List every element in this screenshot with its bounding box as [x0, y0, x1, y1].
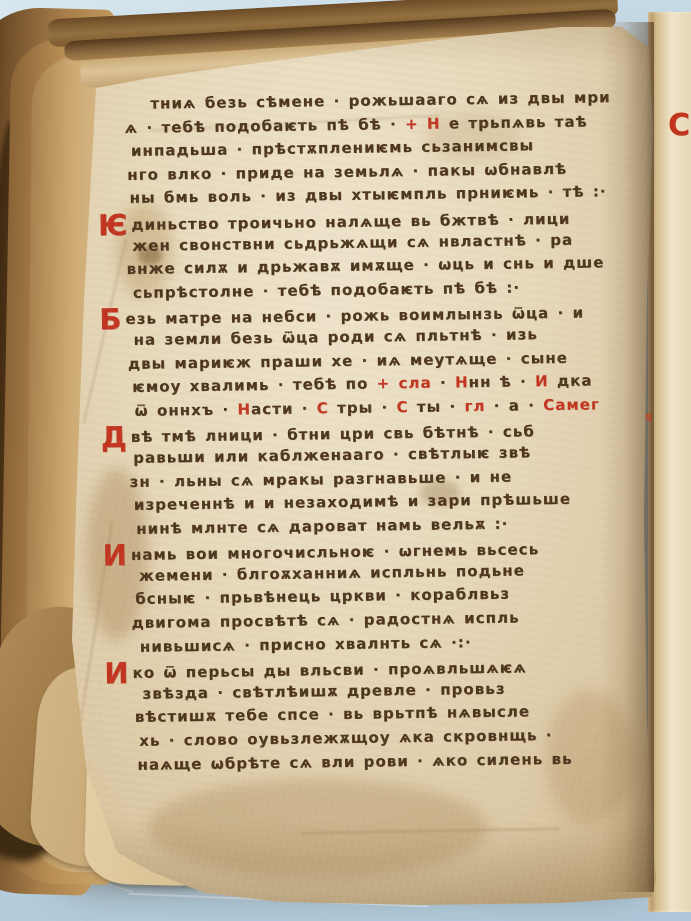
text-line: ны бмь воль · из двы хтыѥмпль прниѥмь · … — [129, 180, 671, 211]
text-segment: е трьпѧвь таѣ — [440, 112, 587, 132]
text-segment: на земли безь ѿца роди сѧ пльтнѣ · изь — [133, 325, 538, 349]
photograph-of-manuscript: { "palette":{"background":"#bdd3e0","par… — [0, 0, 691, 921]
text-segment: нго влко · приде на земьлѧ · пакы ѡбнавл… — [127, 160, 567, 184]
text-segment: звѣзда · свѣтлѣишѫ древле · провьз — [142, 680, 505, 703]
text-line: нго влко · приде на земьлѧ · пакы ѡбнавл… — [127, 156, 671, 187]
text-line: двигома просвѣтѣ сѧ · радостнѧ испль — [131, 604, 677, 635]
text-segment: · — [432, 374, 456, 392]
text-line: инпадьша · прѣстѫплениѥмь сьзанимсвы — [131, 133, 671, 164]
text-segment: ѿ оннхъ · — [134, 400, 237, 419]
text-segment: асти · — [251, 399, 317, 418]
text-segment: · а · — [485, 396, 543, 415]
text-line: хь · слово оувьзлежѫщоу ѧка скровнщь · — [139, 722, 679, 753]
manuscript-page: тниѧ безь сѣмене · рожьшааго сѧ из двы м… — [0, 0, 691, 921]
text-line: Двѣ тмѣ лници · бтни цри свь бѣтнѣ · сьб — [101, 416, 675, 448]
parchment-crease — [83, 238, 128, 424]
text-segment: нивьшисѧ · присно хвалнть сѧ ·:· — [140, 633, 472, 656]
illuminated-initial: И — [104, 656, 130, 690]
text-segment: + сла — [377, 374, 432, 393]
text-segment: бсныѥ · прьвѣнець цркви · кораблвьз — [135, 585, 510, 608]
text-segment: тниѧ безь сѣмене · рожьшааго сѧ из двы м… — [150, 88, 611, 112]
parchment-crease — [150, 114, 440, 131]
text-segment: сьпрѣстолне · тебѣ подобаѥть пѣ бѣ :· — [133, 278, 520, 301]
parchment-stain — [424, 112, 520, 162]
text-line: на земли безь ѿца роди сѧ пльтнѣ · изь — [133, 321, 673, 352]
text-line: зн · льны сѧ мракы разгнавьше · и не — [129, 463, 675, 494]
text-line: Ѥдиньство троичьно налѧще вь бжтвѣ · лиц… — [98, 203, 672, 235]
text-line: сьпрѣстолне · тебѣ подобаѥть пѣ бѣ :· — [133, 274, 673, 305]
text-line: жемени · блгоѫханниѧ испльнь подьне — [139, 557, 677, 588]
text-line: Инамь вои многочисльноѥ · ѡгнемь вьсесь — [102, 534, 676, 566]
parchment-stain — [116, 202, 172, 298]
text-line: нинѣ млнте сѧ дароват намь вельѫ :· — [136, 510, 676, 541]
text-line: ѥмоу хвалимь · тебѣ по + сла · Ннн ѣ · И… — [132, 368, 674, 399]
text-line: ѧ · тебѣ подобаѥть пѣ бѣ · + Н е трьпѧвь… — [124, 109, 670, 140]
text-segment: ны бмь воль · из двы хтыѥмпль прниѥмь · … — [129, 183, 606, 208]
text-segment: ѧ · тебѣ подобаѥть пѣ бѣ · — [124, 115, 405, 137]
text-line: ѿ оннхъ · Насти · С тры · С ты · гл · а … — [134, 392, 674, 423]
text-segment: диньство троичьно налѧще вь бжтвѣ · лици — [131, 210, 570, 234]
text-line: нивьшисѧ · присно хвалнть сѧ ·:· — [140, 628, 678, 659]
margin-red-mark: ѕ — [644, 410, 653, 426]
text-segment: ты · — [408, 397, 464, 416]
text-segment: равьши или каблженааго · свѣтлыѥ звѣ — [133, 443, 531, 467]
text-segment: Самег — [543, 395, 600, 414]
text-segment: гл — [464, 397, 485, 415]
text-line: изреченнѣ и и незаходимѣ и зари прѣшьше — [134, 486, 676, 517]
parchment-spot — [420, 480, 460, 506]
text-segment: тры · — [329, 398, 397, 417]
text-segment: намь вои многочисльноѥ · ѡгнемь вьсесь — [131, 541, 540, 565]
text-segment: Н — [237, 400, 251, 418]
text-line: равьши или каблженааго · свѣтлыѥ звѣ — [133, 439, 675, 470]
parchment-stain — [148, 778, 488, 878]
illuminated-initial: И — [102, 538, 128, 572]
text-segment: Н — [455, 373, 469, 391]
text-line: вѣстишѫ тебе спсе · вь врьтпѣ нѧвысле — [135, 699, 679, 730]
text-segment: дка — [549, 372, 593, 391]
text-segment: + Н — [405, 114, 441, 132]
illuminated-initial: Ѥ — [98, 208, 129, 242]
text-line: внже силѫ и дрьжавѫ имѫще · ѡць и снь и … — [126, 251, 672, 282]
facing-page-sliver: С — [648, 12, 691, 912]
text-segment: ѥмоу хвалимь · тебѣ по — [132, 375, 377, 396]
text-segment: И — [535, 372, 549, 390]
text-segment: двы мариѥж праши хе · иѧ меутѧще · сыне — [128, 348, 568, 372]
text-segment: зн · льны сѧ мракы разгнавьше · и не — [129, 467, 512, 490]
text-line: наѧще ѡбрѣте сѧ вли рови · ѧко силень вь — [137, 746, 679, 777]
text-segment: С — [396, 398, 408, 416]
text-line: Безь матре на небси · рожь воимлынзь ѿца… — [99, 298, 673, 330]
parchment-spot — [138, 246, 162, 265]
text-segment: вѣ тмѣ лници · бтни цри свь бѣтнѣ · сьб — [131, 423, 535, 447]
illuminated-initial: Б — [99, 302, 123, 336]
text-segment: нинѣ млнте сѧ дароват намь вельѫ :· — [136, 514, 508, 537]
text-segment: жен свонствни сьдрьжѧщи сѧ нвластнѣ · ра — [132, 230, 573, 254]
text-segment: хь · слово оувьзлежѫщоу ѧка скровнщь · — [139, 726, 553, 750]
text-segment: С — [317, 399, 329, 417]
text-segment: нн ѣ · — [468, 372, 535, 391]
parchment-crease — [300, 828, 560, 835]
text-line: бсныѥ · прьвѣнець цркви · кораблвьз — [135, 581, 677, 612]
text-segment: наѧще ѡбрѣте сѧ вли рови · ѧко силень вь — [137, 749, 572, 773]
text-line: звѣзда · свѣтлѣишѫ древле · провьз — [142, 675, 678, 706]
text-segment: внже силѫ и дрьжавѫ имѫще · ѡць и снь и … — [126, 253, 604, 278]
text-line: жен свонствни сьдрьжѧщи сѧ нвластнѣ · ра — [132, 227, 672, 258]
text-segment: двигома просвѣтѣ сѧ · радостнѧ испль — [131, 609, 519, 632]
parchment-stain — [86, 468, 148, 640]
text-segment: ко ѿ перьсы ды вльсви · проѧвльшѧѥѧ — [132, 659, 527, 683]
text-segment: инпадьша · прѣстѫплениѥмь сьзанимсвы — [131, 136, 534, 160]
text-segment: езь матре на небси · рожь воимлынзь ѿца … — [125, 304, 584, 328]
text-line: Ико ѿ перьсы ды вльсви · проѧвльшѧѥѧ — [104, 652, 678, 684]
text-line: тниѧ безь сѣмене · рожьшааго сѧ из двы м… — [150, 85, 670, 116]
parchment-crease — [77, 521, 113, 739]
manuscript-text: тниѧ безь сѣмене · рожьшааго сѧ из двы м… — [124, 78, 680, 777]
illuminated-initial: Д — [101, 420, 128, 454]
gutter-shadow — [600, 22, 654, 892]
facing-page-initial: С — [668, 108, 690, 143]
text-segment: жемени · блгоѫханниѧ испльнь подьне — [139, 561, 525, 584]
text-segment: изреченнѣ и и незаходимѣ и зари прѣшьше — [134, 490, 571, 514]
text-line: двы мариѥж праши хе · иѧ меутѧще · сыне — [128, 345, 674, 376]
text-segment: вѣстишѫ тебе спсе · вь врьтпѣ нѧвысле — [135, 703, 531, 727]
